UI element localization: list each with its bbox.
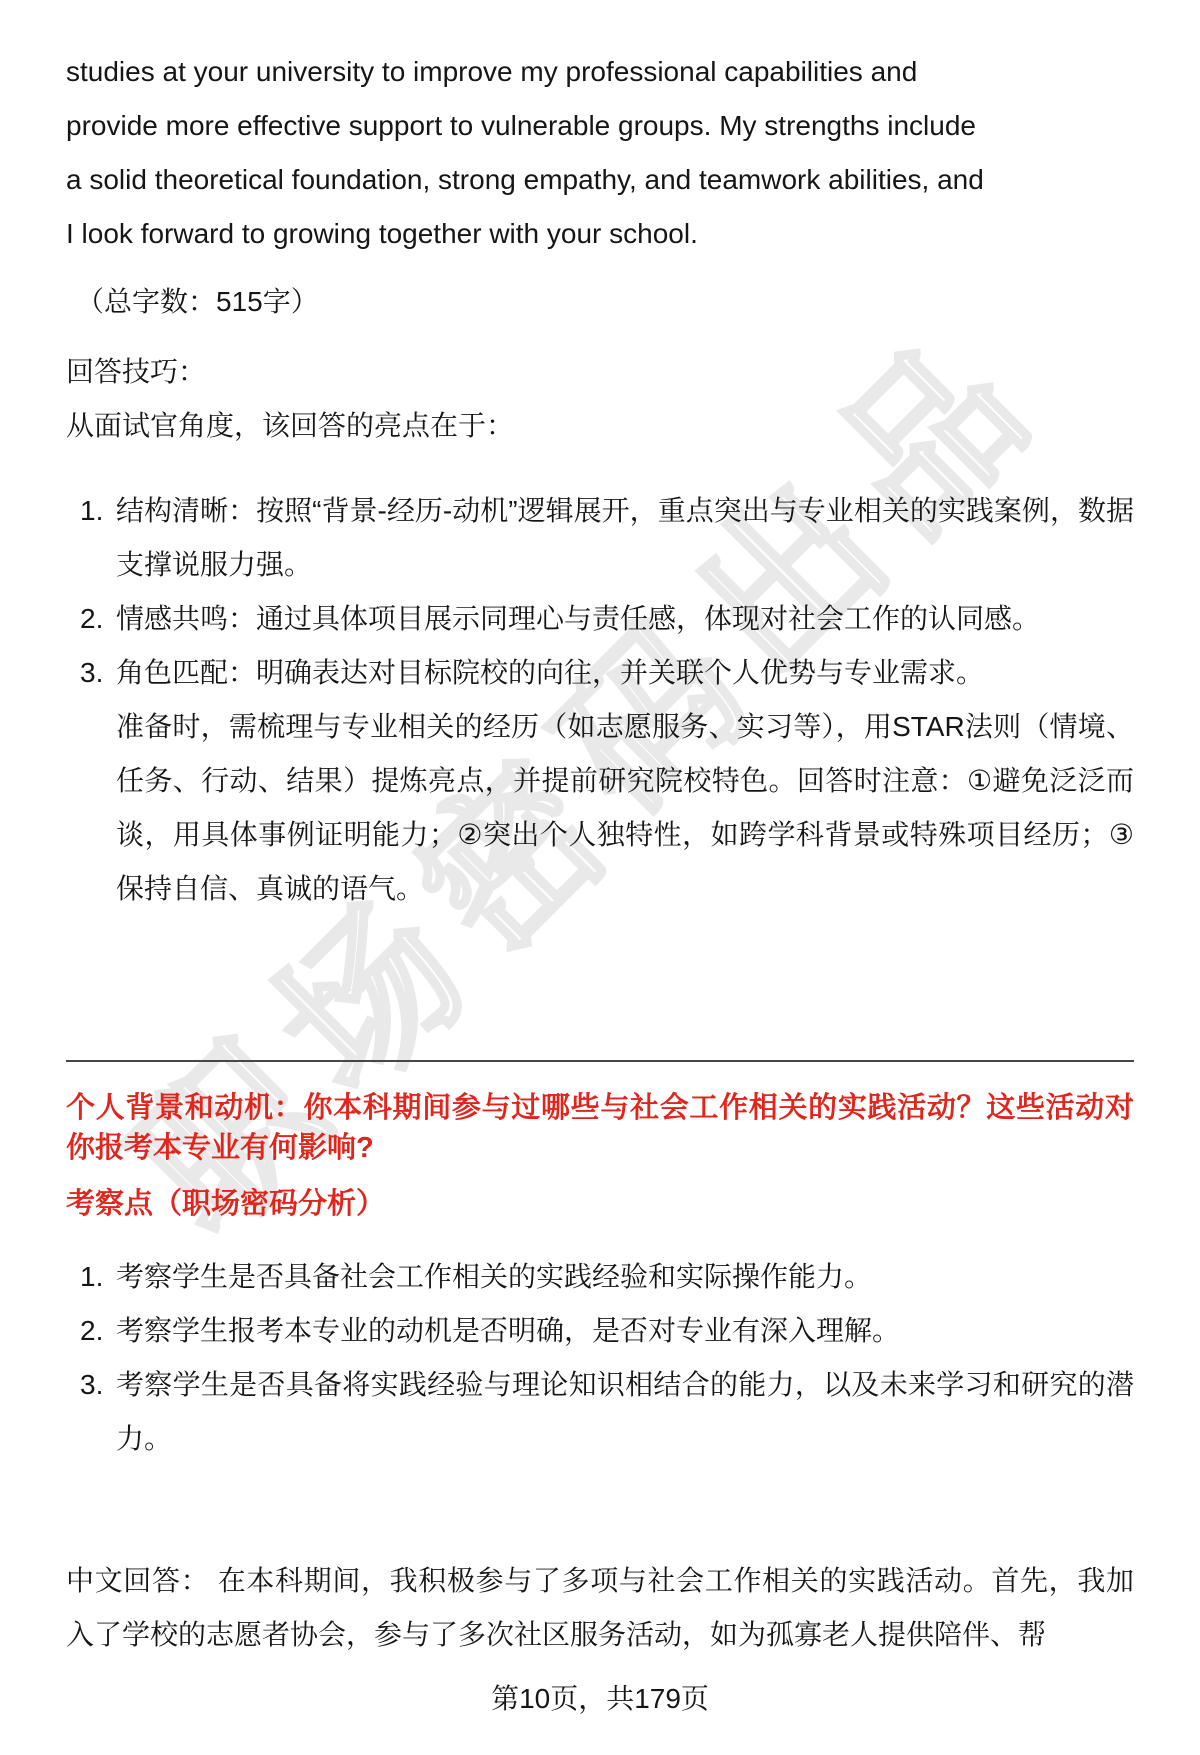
english-answer-line: I look forward to growing together with …	[66, 207, 1134, 261]
list-item: 3. 角色匹配：明确表达对目标院校的向往，并关联个人优势与专业需求。 准备时，需…	[66, 646, 1134, 916]
tips-list: 1. 结构清晰：按照“背景-经历-动机”逻辑展开，重点突出与专业相关的实践案例，…	[66, 484, 1134, 916]
page-footer: 第10页，共179页	[0, 1672, 1200, 1726]
tips-title: 回答技巧：	[66, 345, 1134, 399]
section-divider	[66, 1060, 1134, 1062]
item-body: 考察学生是否具备将实践经验与理论知识相结合的能力，以及未来学习和研究的潜力。	[116, 1358, 1134, 1466]
item-body: 考察学生报考本专业的动机是否明确，是否对专业有深入理解。	[116, 1304, 1134, 1358]
item-detail: 准备时，需梳理与专业相关的经历（如志愿服务、实习等），用STAR法则（情境、任务…	[116, 700, 1134, 916]
item-body: 情感共鸣：通过具体项目展示同理心与责任感，体现对社会工作的认同感。	[116, 592, 1134, 646]
item-number: 1.	[80, 484, 116, 592]
item-text: 考察学生是否具备将实践经验与理论知识相结合的能力，以及未来学习和研究的潜力。	[116, 1358, 1134, 1466]
item-body: 考察学生是否具备社会工作相关的实践经验和实际操作能力。	[116, 1250, 1134, 1304]
chinese-answer-paragraph: 中文回答： 在本科期间，我积极参与了多项与社会工作相关的实践活动。首先，我加入了…	[66, 1554, 1134, 1662]
list-item: 2. 考察学生报考本专业的动机是否明确，是否对专业有深入理解。	[66, 1304, 1134, 1358]
item-text: 考察学生报考本专业的动机是否明确，是否对专业有深入理解。	[116, 1304, 1134, 1358]
word-count-note: （总字数：515字）	[66, 275, 1134, 329]
item-body: 角色匹配：明确表达对目标院校的向往，并关联个人优势与专业需求。 准备时，需梳理与…	[116, 646, 1134, 916]
item-text: 结构清晰：按照“背景-经历-动机”逻辑展开，重点突出与专业相关的实践案例，数据支…	[116, 484, 1134, 592]
list-item: 2. 情感共鸣：通过具体项目展示同理心与责任感，体现对社会工作的认同感。	[66, 592, 1134, 646]
item-text: 情感共鸣：通过具体项目展示同理心与责任感，体现对社会工作的认同感。	[116, 592, 1134, 646]
exam-points-list: 1. 考察学生是否具备社会工作相关的实践经验和实际操作能力。 2. 考察学生报考…	[66, 1250, 1134, 1466]
page-content: studies at your university to improve my…	[66, 45, 1134, 1662]
item-text: 角色匹配：明确表达对目标院校的向往，并关联个人优势与专业需求。	[116, 646, 1134, 700]
item-number: 3.	[80, 646, 116, 916]
item-number: 1.	[80, 1250, 116, 1304]
english-answer-line: a solid theoretical foundation, strong e…	[66, 153, 1134, 207]
list-item: 1. 结构清晰：按照“背景-经历-动机”逻辑展开，重点突出与专业相关的实践案例，…	[66, 484, 1134, 592]
document-page: 职场密码出品 studies at your university to imp…	[0, 0, 1200, 1755]
list-item: 3. 考察学生是否具备将实践经验与理论知识相结合的能力，以及未来学习和研究的潜力…	[66, 1358, 1134, 1466]
item-number: 2.	[80, 1304, 116, 1358]
item-number: 2.	[80, 592, 116, 646]
english-answer-line: provide more effective support to vulner…	[66, 99, 1134, 153]
exam-points-heading: 考察点（职场密码分析）	[66, 1184, 1134, 1224]
tips-intro: 从面试官角度，该回答的亮点在于：	[66, 399, 1134, 453]
item-number: 3.	[80, 1358, 116, 1466]
english-answer-line: studies at your university to improve my…	[66, 45, 1134, 99]
list-item: 1. 考察学生是否具备社会工作相关的实践经验和实际操作能力。	[66, 1250, 1134, 1304]
question-heading: 个人背景和动机：你本科期间参与过哪些与社会工作相关的实践活动？这些活动对你报考本…	[66, 1088, 1134, 1168]
item-text: 考察学生是否具备社会工作相关的实践经验和实际操作能力。	[116, 1250, 1134, 1304]
item-body: 结构清晰：按照“背景-经历-动机”逻辑展开，重点突出与专业相关的实践案例，数据支…	[116, 484, 1134, 592]
